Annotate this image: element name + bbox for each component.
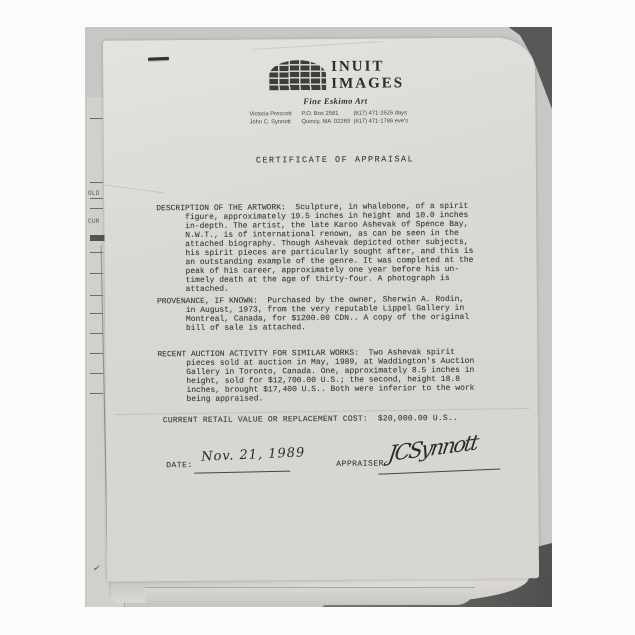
underlay-tick: [90, 182, 103, 183]
provenance-paragraph: PROVENANCE, IF KNOWN: Purchased by the o…: [157, 295, 469, 333]
underlay-label-cur: CUR: [88, 218, 100, 225]
description-paragraph: DESCRIPTION OF THE ARTWORK: Sculpture, i…: [156, 202, 474, 294]
igloo-logo-icon: [269, 60, 326, 90]
date-label: DATE:: [166, 461, 193, 470]
contact-phones: (617) 471-2626 days (617) 471-1786 eve's: [353, 110, 408, 125]
contact-address: P.O. Box 2581 Quincy, MA 02269: [301, 111, 350, 126]
underlay-tick: [90, 333, 103, 334]
certificate-page: INUIT IMAGES Fine Eskimo Art Victoria Pr…: [103, 37, 539, 581]
underlay-tick: [90, 198, 103, 199]
photo-of-document: OLD CUR ✓ INUIT IMAGES Fine Eskimo Art V…: [85, 27, 552, 607]
auction-activity-paragraph: RECENT AUCTION ACTIVITY FOR SIMILAR WORK…: [157, 348, 474, 404]
underlay-tick: [90, 118, 103, 119]
underlay-tick: [90, 208, 103, 209]
underlay-tick: [90, 353, 103, 354]
check-mark-icon: ✓: [92, 563, 101, 575]
date-value-handwritten: Nov. 21, 1989: [201, 445, 306, 464]
page-curl-bottom-inner: [145, 587, 475, 605]
underlay-tick: [90, 373, 103, 374]
signature-underline: [378, 468, 500, 474]
underlay-tick: [90, 393, 103, 394]
paper-crease: [104, 185, 164, 194]
brand-title-line2: IMAGES: [331, 75, 404, 93]
underlay-dark-block: [90, 235, 105, 241]
brand-subtitle: Fine Eskimo Art: [275, 95, 395, 106]
brand-title-line1: INUIT: [331, 58, 404, 76]
contact-names: Victoria Prescott John C. Synnott: [249, 111, 291, 126]
value-line: CURRENT RETAIL VALUE OR REPLACEMENT COST…: [163, 414, 458, 425]
appraiser-label: APPRAISER:: [336, 459, 389, 468]
certificate-heading: CERTIFICATE OF APPRAISAL: [256, 155, 414, 165]
appraiser-signature: JCSynnott: [387, 430, 479, 466]
staple-icon: [148, 57, 169, 61]
paper-crease: [253, 41, 383, 50]
brand-title: INUIT IMAGES: [331, 58, 404, 93]
date-underline: [194, 471, 290, 474]
underlay-label-old: OLD: [88, 190, 100, 197]
